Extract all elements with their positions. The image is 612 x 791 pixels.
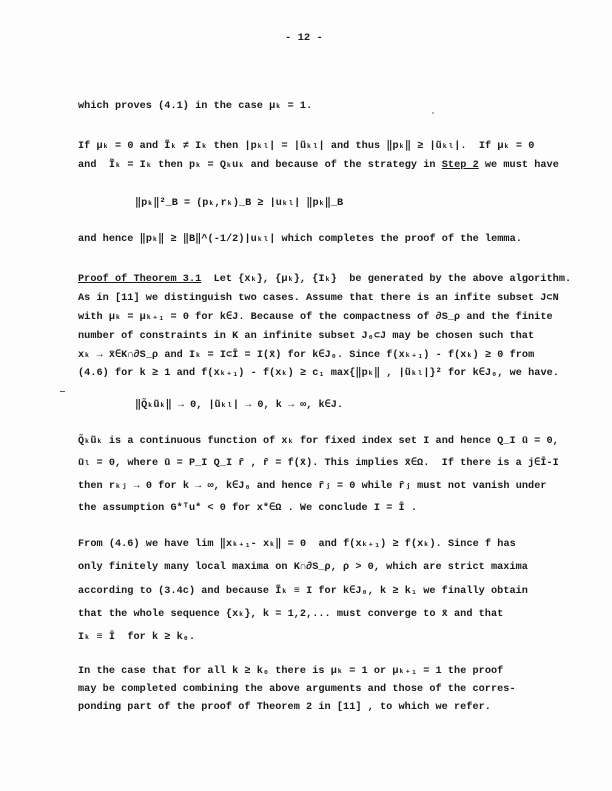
text-line: Iₖ ≡ Ī for k ≥ k₀. [78,632,195,644]
text-line: Q̃ₖũₖ is a continuous function of xₖ for… [78,436,559,448]
text-line: that the whole sequence {xₖ}, k = 1,2,..… [78,609,503,621]
text-span: Let {xₖ}, {μₖ}, {Iₖ} be generated by the… [201,274,571,285]
text-line: (4.6) for k ≥ 1 and f(xₖ₊₁) - f(xₖ) ≥ c₁… [78,368,559,380]
text-line: ūₗ = 0, where ū = P_I Q_I r̄ , r̄ = f(x̄… [78,458,559,470]
text-line: If μₖ = 0 and Ĩₖ ≠ Iₖ then |pₖₗ| = |ũₖₗ|… [78,141,534,153]
text-line: Proof of Theorem 3.1 Let {xₖ}, {μₖ}, {Iₖ… [78,274,571,286]
text-line: which proves (4.1) in the case μₖ = 1. [78,101,312,113]
scan-speck [432,112,434,114]
text-line: From (4.6) we have lim ‖xₖ₊₁- xₖ‖ = 0 an… [78,539,516,551]
text-line: the assumption G*ᵀu* < 0 for x*∈Ω . We c… [78,503,417,515]
text-line: As in [11] we distinguish two cases. Ass… [78,293,559,305]
text-line: ponding part of the proof of Theorem 2 i… [78,702,491,714]
text-line: xₖ → x̄∈K∩∂S_ρ and Iₖ = I⊂Ī = I(x̄) for … [78,350,534,362]
section-heading: Proof of Theorem 3.1 [78,274,201,285]
text-span: we must have [479,160,559,171]
text-span: and Ĩₖ = Iₖ then pₖ = Qₖuₖ and because o… [78,160,442,171]
document-page: - 12 - which proves (4.1) in the case μₖ… [0,0,612,791]
text-line: with μₖ = μₖ₊₁ = 0 for k∈J. Because of t… [78,312,553,324]
text-line: and hence ‖pₖ‖ ≥ ‖B‖^(-1/2)|uₖₗ| which c… [78,234,522,246]
page-number: - 12 - [285,32,323,44]
equation-1: ‖pₖ‖²_B = (pₖ,rₖ)_B ≥ |uₖₗ| ‖pₖ‖_B [135,198,343,210]
margin-mark [60,391,65,392]
equation-2: ‖Q̃ₖũₖ‖ → 0, |ũₖₗ| → 0, k → ∞, k∈J. [135,400,343,412]
text-line: and Ĩₖ = Iₖ then pₖ = Qₖuₖ and because o… [78,160,559,172]
step-2-reference: Step 2 [442,160,479,171]
text-line: may be completed combining the above arg… [78,684,516,696]
text-line: according to (3.4c) and because Ĩₖ ≡ I f… [78,586,528,598]
text-line: only finitely many local maxima on K∩∂S_… [78,562,528,574]
text-line: number of constraints in K an infinite s… [78,331,534,343]
text-line: In the case that for all k ≥ k₀ there is… [78,666,503,678]
text-line: then rₖⱼ → 0 for k → ∞, k∈J₀ and hence r… [78,481,547,493]
